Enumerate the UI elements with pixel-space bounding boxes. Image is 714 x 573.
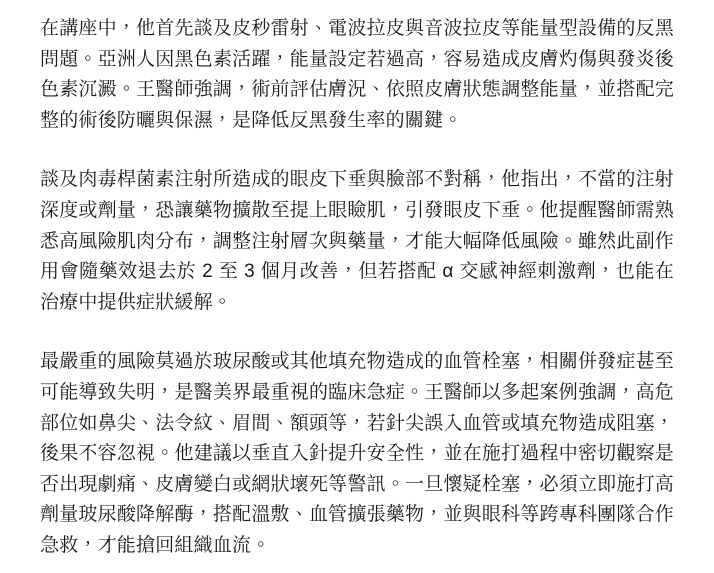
paragraph-filler-embolism: 最嚴重的風險莫過於玻尿酸或其他填充物造成的血管栓塞，相關併發症甚至可能導致失明，…: [40, 347, 674, 561]
paragraph-energy-devices: 在講座中，他首先談及皮秒雷射、電波拉皮與音波拉皮等能量型設備的反黑問題。亞洲人因…: [40, 14, 674, 136]
document-page: 在講座中，他首先談及皮秒雷射、電波拉皮與音波拉皮等能量型設備的反黑問題。亞洲人因…: [0, 0, 714, 573]
paragraph-botox-risks: 談及肉毒桿菌素注射所造成的眼皮下垂與臉部不對稱，他指出，不當的注射深度或劑量，恐…: [40, 165, 674, 318]
